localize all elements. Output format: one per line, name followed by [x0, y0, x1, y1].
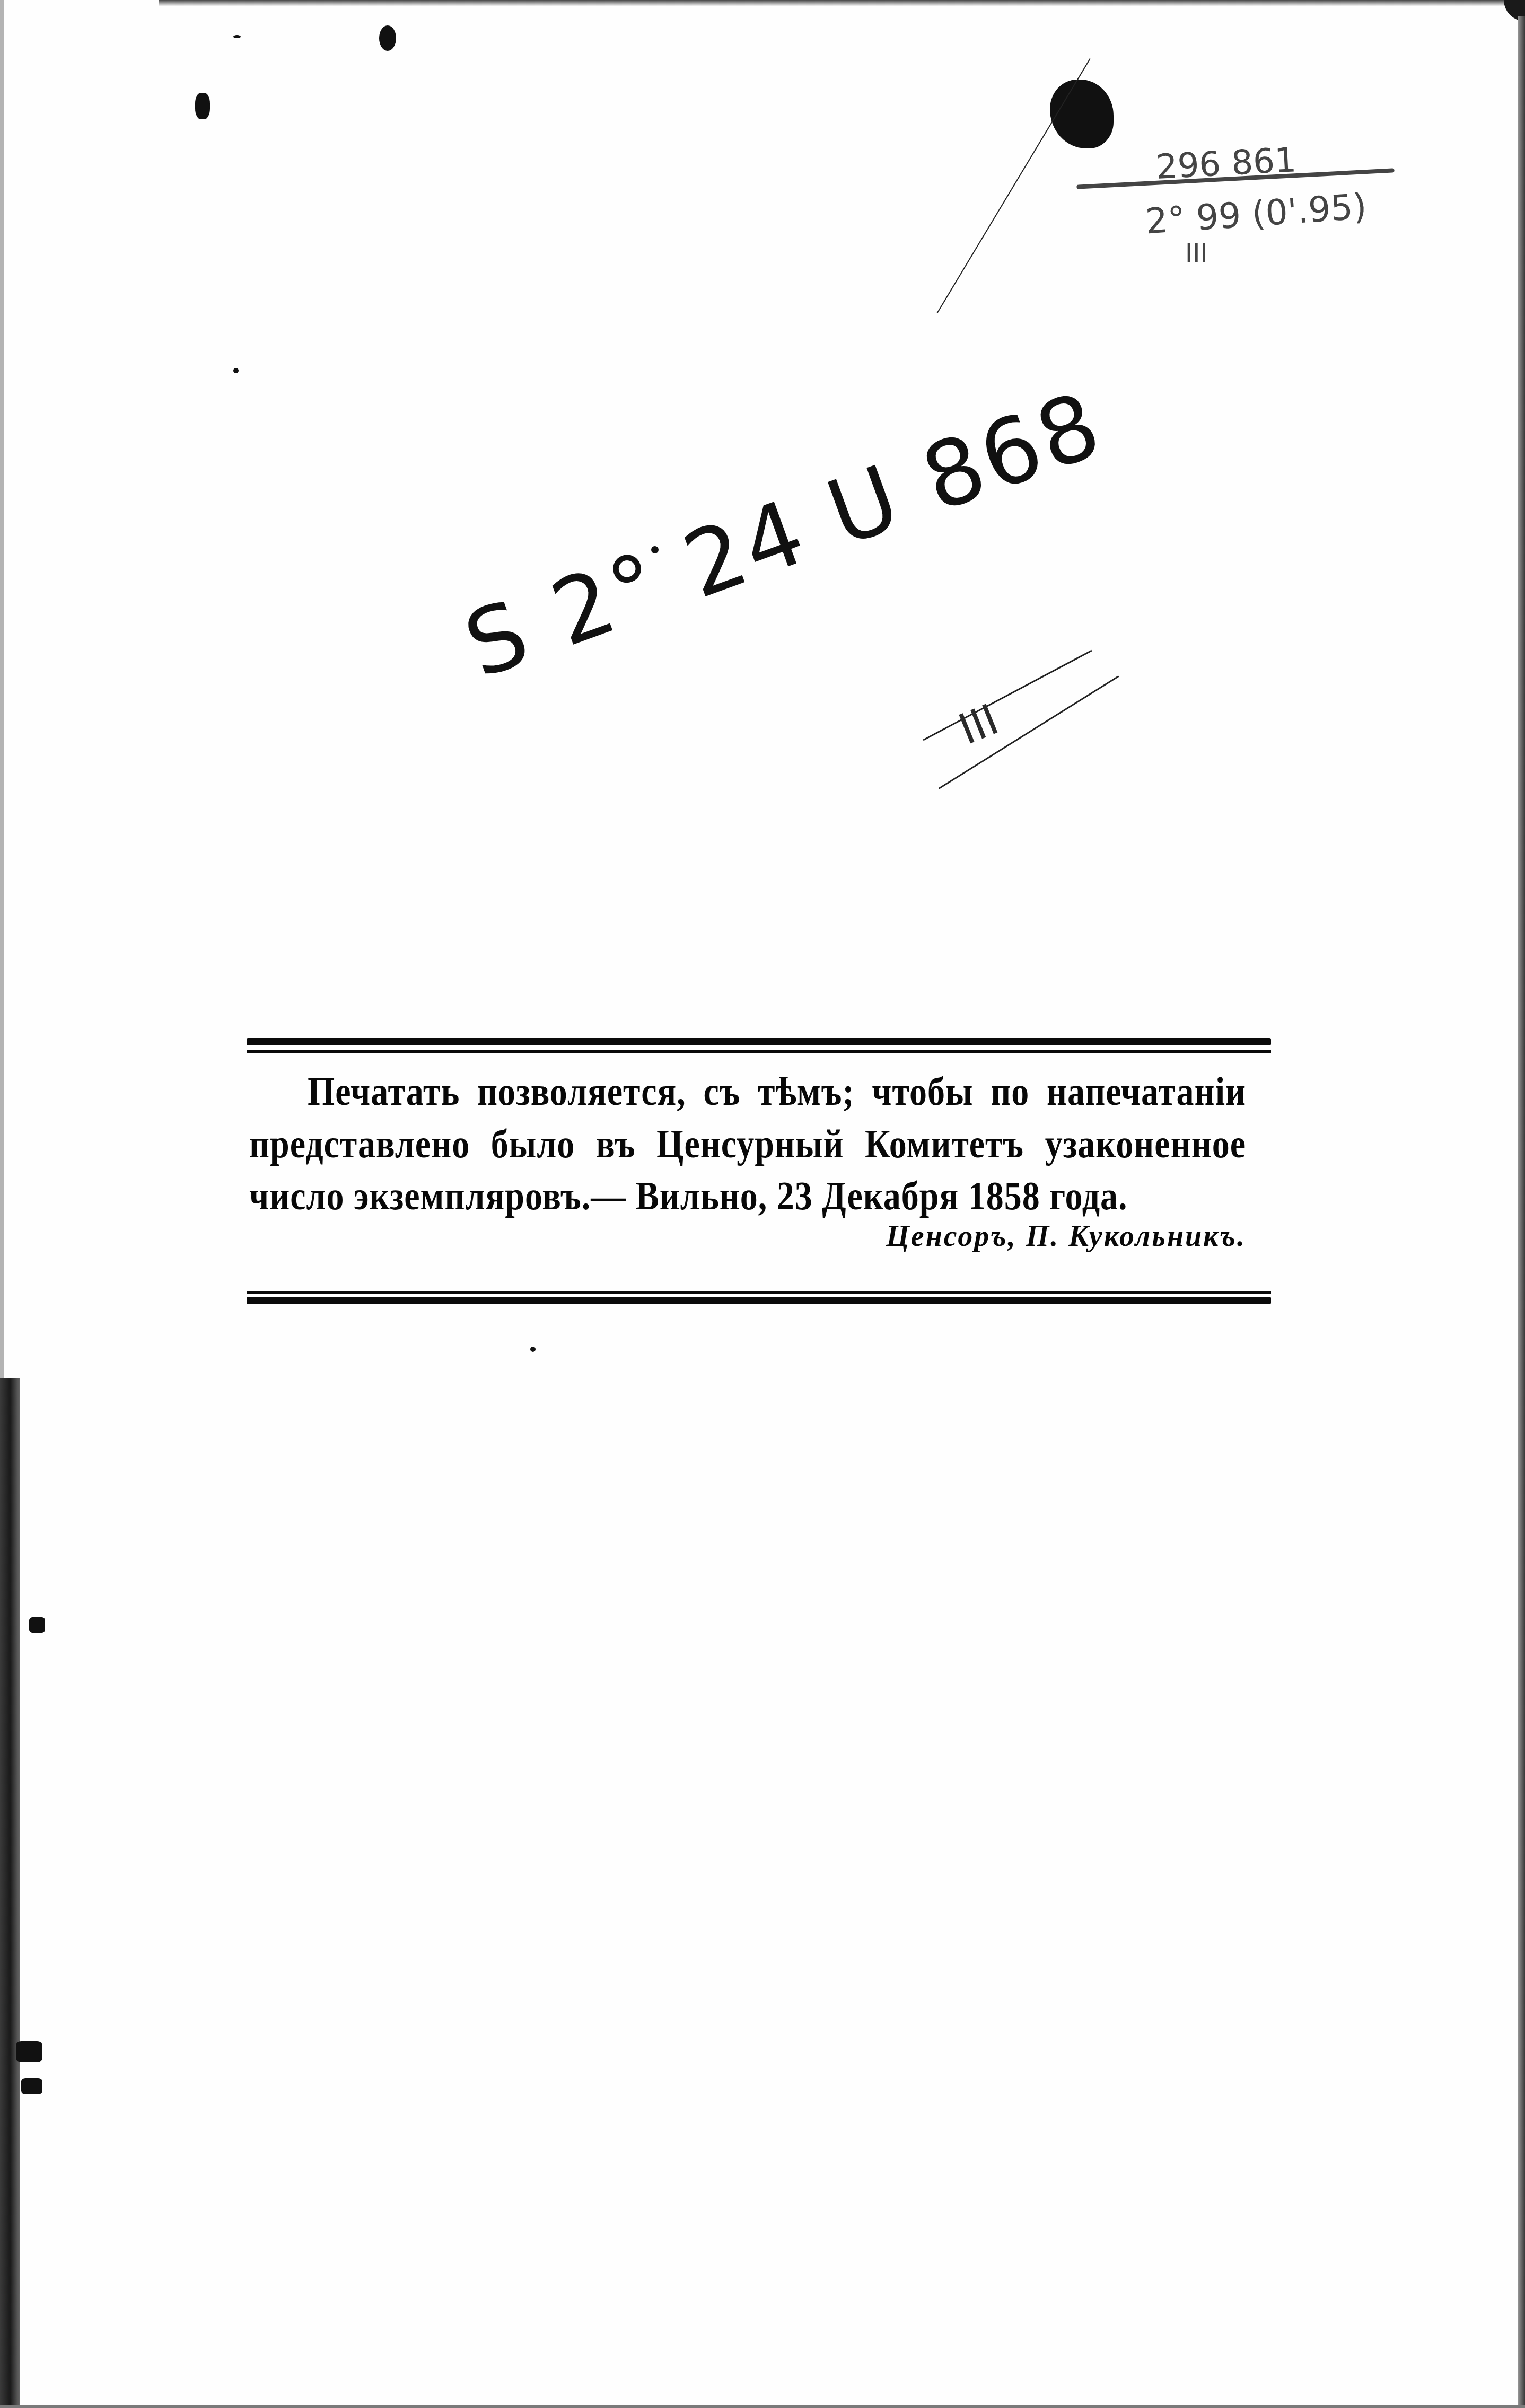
page-right-edge: [1518, 16, 1525, 2408]
imprimatur-line: Печатать позволяется, съ тѣмъ; чтобы по …: [249, 1066, 1246, 1118]
ink-speck: [379, 25, 396, 51]
imprimatur-line: число экземпляровъ.— Вильно, 23 Декабря …: [249, 1171, 1246, 1223]
bottom-double-rule-thick: [247, 1297, 1271, 1304]
top-double-rule-thick: [247, 1038, 1271, 1045]
scanned-page: 296 861 2° 99 (0'.95) III S 2° 24 U 868 …: [0, 0, 1525, 2408]
ink-speck: [195, 93, 210, 119]
ink-speck: [29, 1617, 45, 1633]
page-bottom-edge: [0, 2405, 1525, 2408]
pencil-slash-mark: [937, 58, 1091, 313]
roman-numeral-mark: III: [1185, 239, 1207, 268]
top-double-rule-thin: [247, 1050, 1271, 1053]
ink-speck: [21, 2078, 42, 2094]
page-top-edge-shadow: [159, 0, 1525, 6]
imprimatur-text: Печатать позволяется, съ тѣмъ; чтобы по …: [249, 1066, 1246, 1223]
page-binding-edge: [0, 1378, 20, 2408]
ink-stamp-blot: [1050, 80, 1114, 148]
imprimatur-line: представлено было въ Ценсурный Комитетъ …: [249, 1118, 1246, 1171]
ink-speck: [16, 2041, 42, 2062]
shelfmark-strike-line: [923, 650, 1092, 741]
ink-speck: [530, 1347, 536, 1352]
classification-mark: 2° 99 (0'.95): [1144, 186, 1368, 242]
page-left-edge: [0, 0, 4, 1378]
ink-speck: [233, 35, 241, 38]
shelfmark-note: III: [952, 695, 1005, 754]
ink-speck: [233, 368, 239, 373]
censor-signature: Ценсоръ, П. Кукольникъ.: [827, 1219, 1246, 1253]
bottom-double-rule-thin: [247, 1291, 1271, 1294]
handwritten-shelfmark: S 2° 24 U 868: [452, 372, 1116, 699]
